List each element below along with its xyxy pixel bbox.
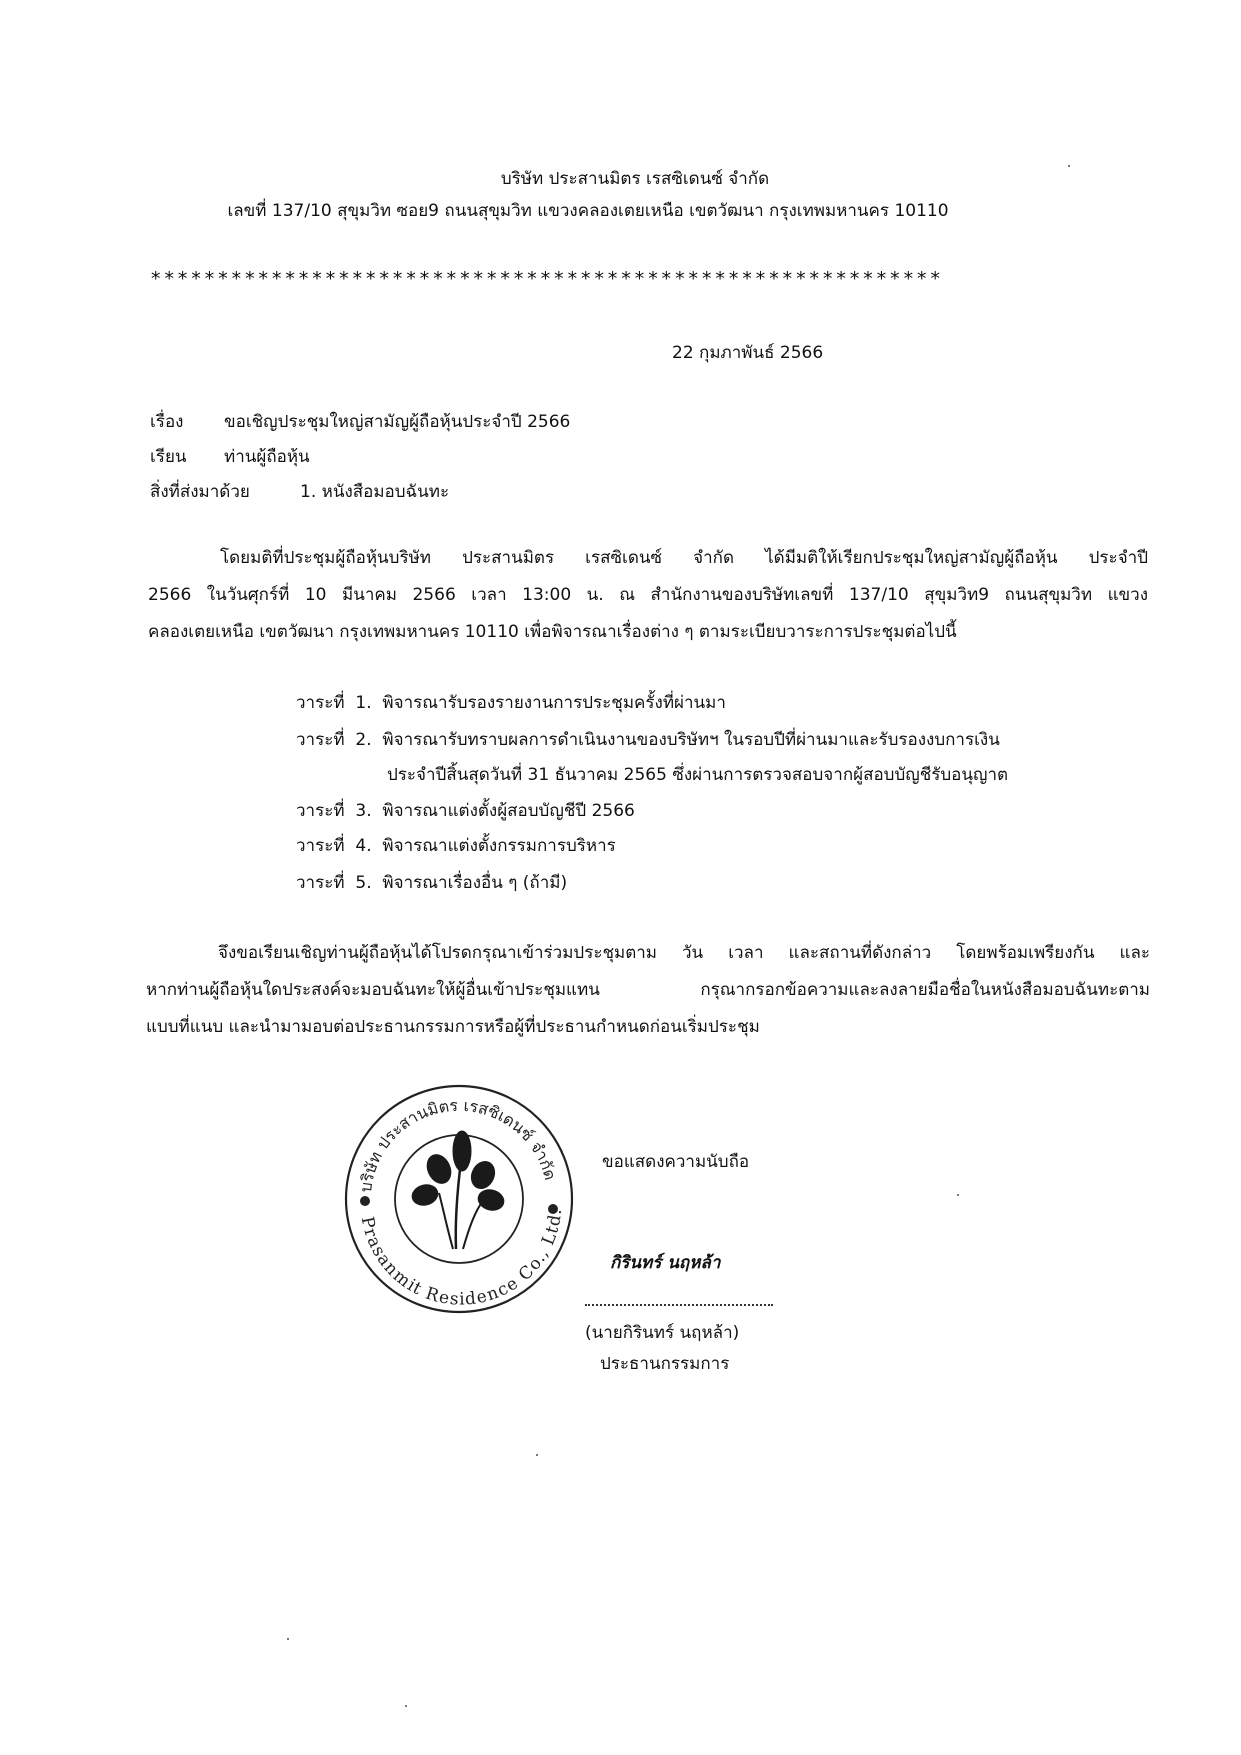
paragraph-line: 2566 ในวันศุกร์ที่ 10 มีนาคม 2566 เวลา 1… [148,577,1148,614]
scan-speck [1068,165,1070,167]
tree-logo-icon [410,1131,506,1249]
signatory-name: (นายกิรินทร์ นฤหล้า) [585,1322,739,1344]
agenda-label: วาระที่ [296,873,345,893]
paragraph-line: แบบที่แนบ และนำมามอบต่อประธานกรรมการหรือ… [146,1009,1150,1046]
body-paragraph-2: จึงขอเรียนเชิญท่านผู้ถือหุ้นได้โปรดกรุณา… [146,935,1150,1046]
agenda-item-2: วาระที่ 2. พิจารณารับทราบผลการดำเนินงานข… [296,729,1000,751]
agenda-label: วาระที่ [296,693,345,713]
scan-speck [405,1705,407,1707]
agenda-item-4: วาระที่ 4. พิจารณาแต่งตั้งกรรมการบริหาร [296,835,616,857]
letter-date: 22 กุมภาพันธ์ 2566 [672,342,823,364]
agenda-text: พิจารณาเรื่องอื่น ๆ (ถ้ามี) [382,873,567,893]
enclosure-label: สิ่งที่ส่งมาด้วย [150,481,250,503]
company-address: เลขที่ 137/10 สุขุมวิท ซอย9 ถนนสุขุมวิท … [227,200,948,222]
separator-line: ****************************************… [150,268,943,290]
flower-ornament-icon [360,1196,558,1214]
agenda-item-2-continuation: ประจำปีสิ้นสุดวันที่ 31 ธันวาคม 2565 ซึ่… [387,764,1008,786]
scan-speck [536,1454,538,1456]
agenda-label: วาระที่ [296,836,345,856]
scan-speck [957,1194,959,1196]
agenda-item-5: วาระที่ 5. พิจารณาเรื่องอื่น ๆ (ถ้ามี) [296,872,567,894]
agenda-text: พิจารณาแต่งตั้งกรรมการบริหาร [382,836,615,856]
enclosure-value: 1. หนังสือมอบฉันทะ [300,481,449,503]
company-name: บริษัท ประสานมิตร เรสซิเดนซ์ จำกัด [501,168,769,190]
stamp-seal-icon: บริษัท ประสานมิตร เรสซิเดนซ์ จำกัด Prasa… [343,1083,575,1315]
agenda-text: พิจารณารับรองรายงานการประชุมครั้งที่ผ่าน… [382,693,726,713]
agenda-item-3: วาระที่ 3. พิจารณาแต่งตั้งผู้สอบบัญชีปี … [296,800,635,822]
signature-line [585,1304,773,1306]
paragraph-line: จึงขอเรียนเชิญท่านผู้ถือหุ้นได้โปรดกรุณา… [146,935,1150,972]
agenda-number: 1. [355,693,371,713]
paragraph-line: หากท่านผู้ถือหุ้นใดประสงค์จะมอบฉันทะให้ผ… [146,972,1150,1009]
agenda-text: พิจารณาแต่งตั้งผู้สอบบัญชีปี 2566 [382,801,634,821]
body-paragraph-1: โดยมติที่ประชุมผู้ถือหุ้นบริษัท ประสานมิ… [148,540,1148,651]
recipient-label: เรียน [150,446,187,468]
paragraph-line: คลองเตยเหนือ เขตวัฒนา กรุงเทพมหานคร 1011… [148,614,1148,651]
agenda-number: 3. [355,801,371,821]
recipient-value: ท่านผู้ถือหุ้น [224,446,310,468]
agenda-number: 4. [355,836,371,856]
agenda-item-1: วาระที่ 1. พิจารณารับรองรายงานการประชุมค… [296,692,726,714]
subject-label: เรื่อง [150,411,183,433]
stamp-bottom-text: Prasanmit Residence Co., Ltd. [357,1208,566,1309]
subject-value: ขอเชิญประชุมใหญ่สามัญผู้ถือหุ้นประจำปี 2… [224,411,570,433]
company-stamp: บริษัท ประสานมิตร เรสซิเดนซ์ จำกัด Prasa… [343,1083,575,1315]
paragraph-line: โดยมติที่ประชุมผู้ถือหุ้นบริษัท ประสานมิ… [148,540,1148,577]
agenda-label: วาระที่ [296,730,345,750]
signatory-position: ประธานกรรมการ [600,1353,729,1375]
agenda-number: 5. [355,873,371,893]
agenda-text: พิจารณารับทราบผลการดำเนินงานของบริษัทฯ ใ… [382,730,999,750]
signature: กิรินทร์ นฤหล้า [610,1252,720,1274]
closing-salutation: ขอแสดงความนับถือ [602,1151,749,1173]
svg-text:Prasanmit Residence Co., Ltd.: Prasanmit Residence Co., Ltd. [357,1208,566,1309]
agenda-label: วาระที่ [296,801,345,821]
scan-speck [287,1638,289,1640]
agenda-number: 2. [355,730,371,750]
